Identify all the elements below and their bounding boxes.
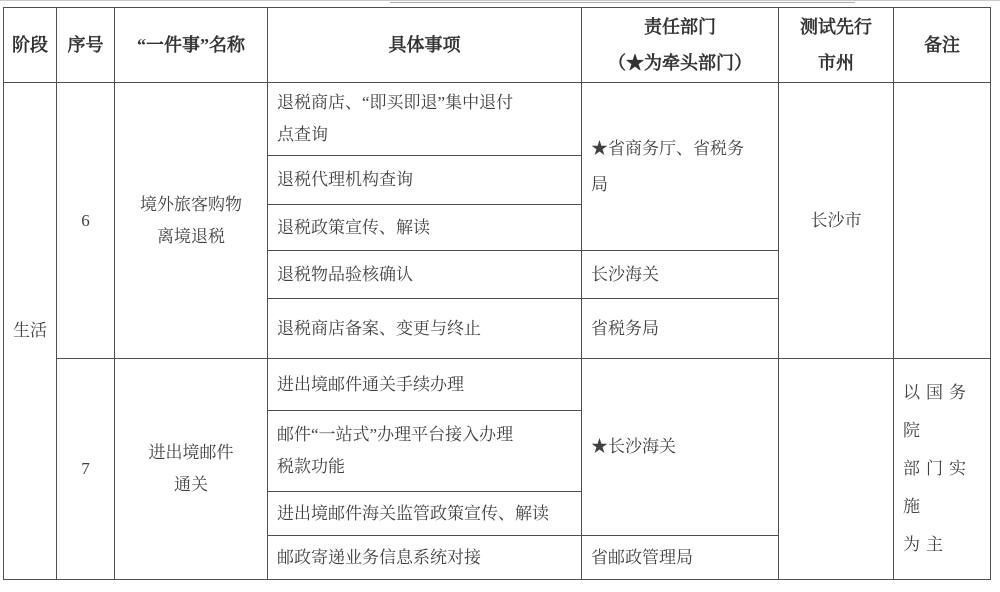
- dept-lead-cell-7: ★长沙海关: [582, 359, 779, 536]
- number-cell-6: 6: [57, 83, 115, 359]
- col-header-remark: 备注: [894, 8, 991, 83]
- col-header-name: “一件事”名称: [115, 8, 268, 83]
- table-row: 生活 6 境外旅客购物 离境退税 退税商店、“即买即退”集中退付 点查询 ★省商…: [4, 83, 991, 156]
- item-cell-6-5: 退税商店备案、变更与终止: [268, 299, 582, 359]
- cropped-row-artifact-segment: [390, 2, 855, 3]
- one-thing-service-items-table: 阶段 序号 “一件事”名称 具体事项 责任部门 （★为牵头部门） 测试先行 市州…: [3, 7, 991, 580]
- item-cell-7-1: 进出境邮件通关手续办理: [268, 359, 582, 411]
- col-header-stage: 阶段: [4, 8, 57, 83]
- cropped-row-artifact-line: [0, 0, 1000, 1]
- item-cell-7-4: 邮政寄递业务信息系统对接: [268, 536, 582, 580]
- table-row: 7 进出境邮件 通关 进出境邮件通关手续办理 ★长沙海关 以国务院 部门实施 为…: [4, 359, 991, 411]
- city-cell-7: [779, 359, 894, 580]
- item-cell-7-3: 进出境邮件海关监管政策宣传、解读: [268, 492, 582, 536]
- col-header-item: 具体事项: [268, 8, 582, 83]
- item-cell-6-4: 退税物品验核确认: [268, 251, 582, 299]
- item-cell-6-1: 退税商店、“即买即退”集中退付 点查询: [268, 83, 582, 156]
- dept-cell-6-5: 省税务局: [582, 299, 779, 359]
- dept-cell-6-4: 长沙海关: [582, 251, 779, 299]
- remark-cell-6: [894, 83, 991, 359]
- number-cell-7: 7: [57, 359, 115, 580]
- stage-cell: 生活: [4, 83, 57, 580]
- item-cell-6-3: 退税政策宣传、解读: [268, 205, 582, 251]
- col-header-dept: 责任部门 （★为牵头部门）: [582, 8, 779, 83]
- remark-cell-7: 以国务院 部门实施 为主: [894, 359, 991, 580]
- dept-cell-7-4: 省邮政管理局: [582, 536, 779, 580]
- item-cell-6-2: 退税代理机构查询: [268, 156, 582, 205]
- name-cell-6: 境外旅客购物 离境退税: [115, 83, 268, 359]
- col-header-city: 测试先行 市州: [779, 8, 894, 83]
- document-page: 阶段 序号 “一件事”名称 具体事项 责任部门 （★为牵头部门） 测试先行 市州…: [0, 0, 1000, 592]
- header-row: 阶段 序号 “一件事”名称 具体事项 责任部门 （★为牵头部门） 测试先行 市州…: [4, 8, 991, 83]
- col-header-number: 序号: [57, 8, 115, 83]
- dept-lead-cell-6: ★省商务厅、省税务 局: [582, 83, 779, 251]
- city-cell-6: 长沙市: [779, 83, 894, 359]
- item-cell-7-2: 邮件“一站式”办理平台接入办理 税款功能: [268, 411, 582, 492]
- name-cell-7: 进出境邮件 通关: [115, 359, 268, 580]
